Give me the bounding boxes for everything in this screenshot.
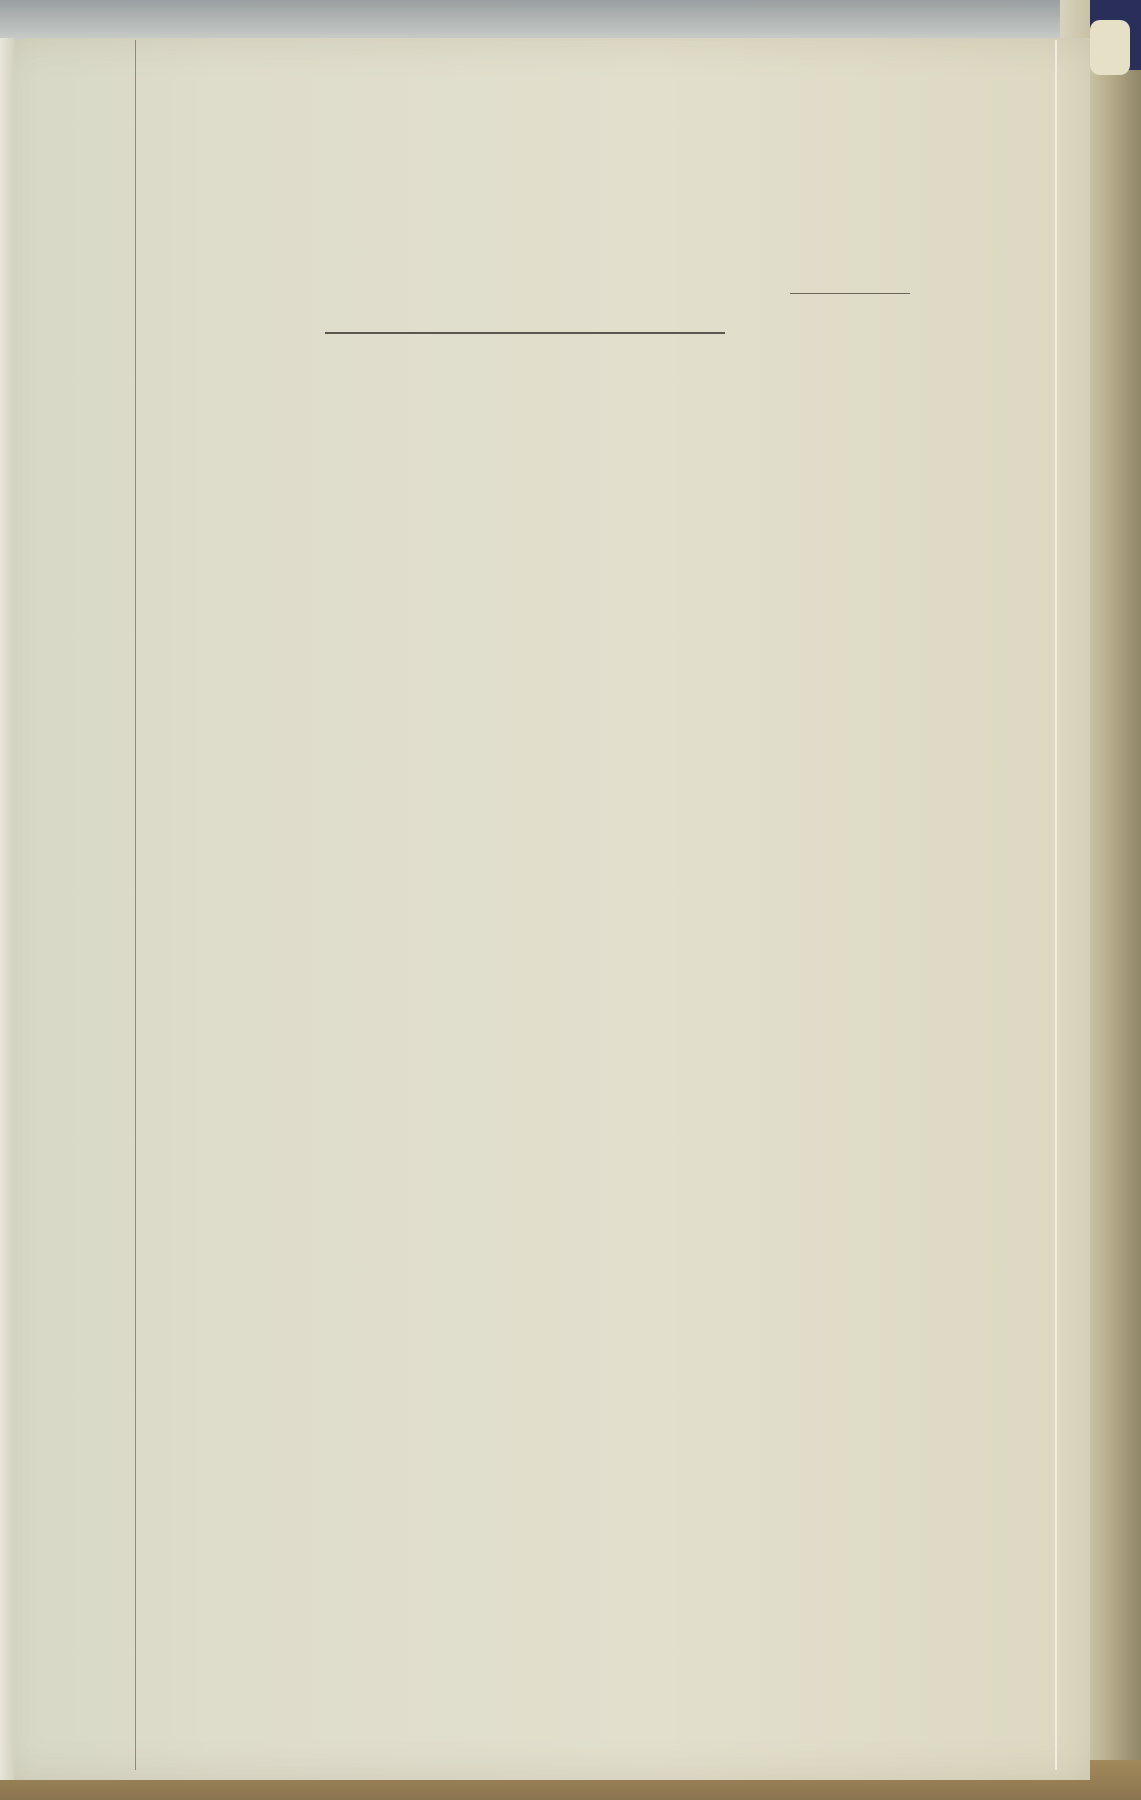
page-fold: [0, 38, 14, 1780]
section-separator: [325, 332, 725, 334]
right-rule: [1055, 40, 1057, 1770]
margin-rule: [135, 40, 136, 1770]
manuscript-page: [0, 38, 1090, 1780]
signature-rule: [790, 293, 910, 294]
cloth-tab: [1090, 0, 1141, 70]
